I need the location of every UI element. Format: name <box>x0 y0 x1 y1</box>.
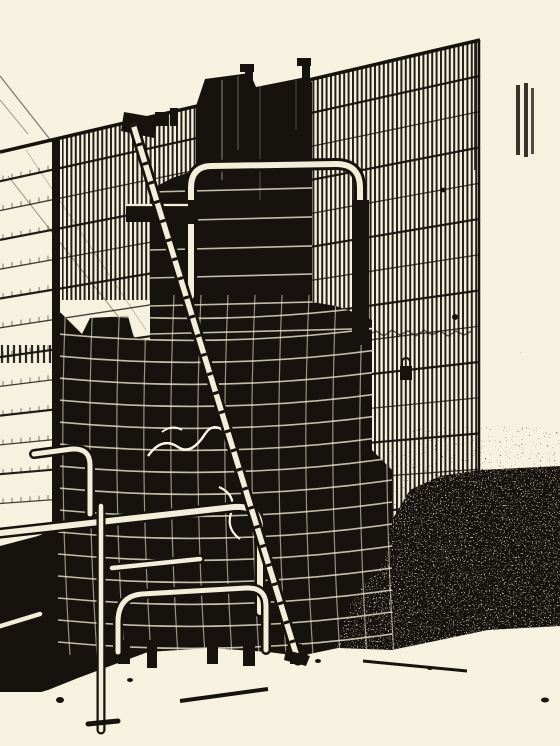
threshold-photo <box>0 0 560 746</box>
photo-canvas <box>0 0 560 746</box>
distant-post <box>516 85 520 155</box>
clamp-mark <box>170 108 178 126</box>
gate-post <box>352 200 369 345</box>
fence-knot <box>441 188 446 193</box>
distant-post <box>524 83 528 157</box>
distant-post <box>531 88 534 154</box>
fence-knot <box>452 314 458 320</box>
